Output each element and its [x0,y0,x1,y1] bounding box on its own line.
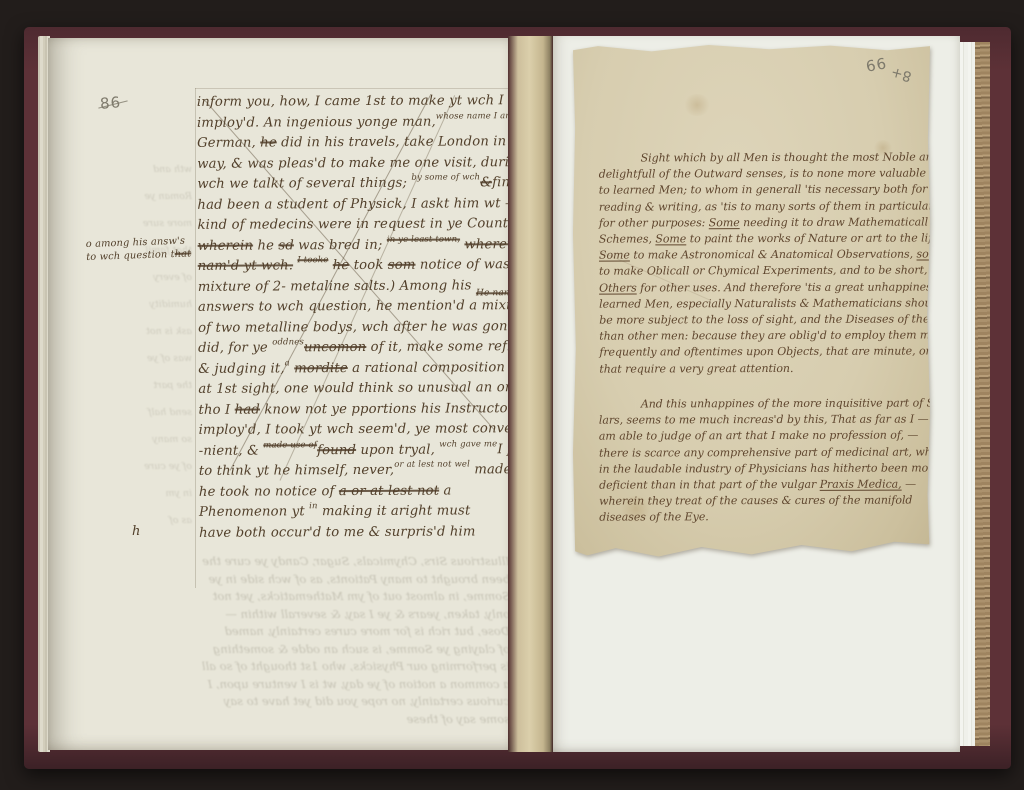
handwritten-line: have both occur'd to me & surpris'd him [199,522,508,544]
margin-letter: h [132,524,141,539]
showthrough-line: in ym [88,480,192,507]
text-segment: in the laudable industry of Physicians h… [599,461,940,475]
margin-annotation: o among his answ'sto wch question that [86,234,205,264]
handwritten-line: to learned Men; to whom in generall 'tis… [599,182,959,199]
showthrough-line: was of ye [88,345,192,372]
handwritten-line: And this unhappines of the more inquisit… [599,395,958,412]
handwritten-line: in the laudable industry of Physicians h… [599,460,958,477]
showthrough-line: curious certainly, no rope you did yet h… [98,693,508,711]
text-segment: he [253,238,278,253]
text-segment: finding yt he — [492,175,508,191]
handwritten-line: diseases of the Eye. [599,509,958,526]
text-segment: upon tryal, [356,442,439,457]
text-segment: a [439,483,451,498]
deleted-text: uncomon [304,340,366,355]
text-segment: that require a very great attention. [599,362,793,376]
text-segment: have both occur'd to me & surpris'd him [199,524,475,540]
right-page-edge-white [960,42,975,746]
text-segment: did in his travels, take London in his [277,134,508,150]
text-segment: of it, make some reflexion on [366,339,508,355]
showthrough-line: so many [88,426,192,453]
text-segment: German, [197,136,260,151]
text-segment: answers to wch question, he mention'd a … [198,298,508,315]
paper-stain [683,94,711,116]
underlined-text: Others [599,281,637,294]
text-segment: delightfull of the Outward senses, is to… [599,167,955,181]
text-segment: made it, since [470,462,508,478]
handwritten-line: did, for ye oddnesuncomon of it, make so… [198,337,508,359]
text-segment: a rational composition yn [348,360,508,376]
manuscript-photo: 86 wth andRoman yemore surethat familof … [0,0,1024,790]
handwritten-line: Sight which by all Men is thought the mo… [599,149,959,166]
text-segment: imploy'd, I took yt wch seem'd, ye most … [199,421,508,438]
handwritten-line: wherein they treat of the causes & cures… [599,493,958,510]
text-segment: to think yt he himself, never, [199,463,395,479]
deleted-text: whereupon he — [464,236,508,252]
handwritten-line: there is scarce any comprehensive part o… [599,444,958,461]
deleted-text: a or at lest not [339,483,439,499]
text-segment: had been a student of Physick, I askt hi… [197,196,508,213]
handwritten-line: Others for other uses. And therefore 'ti… [599,279,959,296]
handwritten-line: nam'd yt wch. I tooke he took som notice… [198,255,508,277]
text-segment: And this unhappines of the more inquisit… [641,396,958,410]
deleted-text: nam'd yt wch. [198,258,293,273]
text-segment: to paint the works of Nature or art to t… [686,231,942,245]
text-segment: Sight which by all Men is thought the mo… [641,150,940,164]
deleted-text: wherein [198,238,254,253]
showthrough-bottom-block: Illustrious Sirs, Chymicals, Sugar, Cand… [98,553,508,728]
handwritten-line: delightfull of the Outward senses, is to… [599,166,959,183]
right-page: 66 8+ Sight which by all Men is thought … [553,36,960,752]
text-segment: -nient, & [199,443,264,458]
text-segment: to wch question t [86,249,175,263]
text-segment: was bred in; [294,237,387,252]
text-segment: for other purposes: [599,216,709,229]
showthrough-line: humidity [88,291,192,318]
handwritten-line: am able to judge of an art that I make n… [599,428,958,445]
text-segment: & judging it, [198,361,284,376]
text-segment: learned Men, especially Naturalists & Ma… [599,296,942,310]
text-segment: lars, seems to me much increas'd by this… [599,413,929,427]
handwritten-line: reading & writing, as 'tis to many sorts… [599,198,959,215]
handwritten-line: kind of medecins were in request in ye C… [197,214,508,236]
showthrough-line: wth and [88,156,192,183]
text-segment: mixture of 2- metaline salts.) Among his [198,278,476,294]
text-segment: needing it to draw Mathematicall — [740,215,943,229]
underlined-text: some [917,248,946,261]
handwritten-line: tho I had know not ye pportions his Inst… [198,399,508,421]
right-page-edges-marbled [975,42,990,746]
handwritten-line: that require a very great attention. [599,360,959,377]
text-segment: notice of was a [415,257,508,273]
showthrough-line: Dose, but rich is for more cures certain… [98,623,508,641]
showthrough-line: been brought to many Pationts, as of wch… [98,571,508,589]
handwritten-line: wch we talkt of several things; by some … [197,173,508,195]
mounted-leaf-paper: 66 8+ Sight which by all Men is thought … [573,44,930,568]
text-segment: reading & writing, as 'tis to many sorts… [599,199,934,213]
text-segment: imploy'd. An ingenious yonge man, [197,114,436,130]
deleted-text: mordite [294,361,348,376]
deleted-text: he [260,135,277,150]
deleted-text: sd [278,238,294,253]
text-segment: inform you, how, I came 1st to make yt w… [197,93,504,110]
showthrough-line: the part [88,372,192,399]
text-segment: Schemes, [599,232,655,245]
showthrough-line: of ye cure [88,453,192,480]
showthrough-line: a common a notion of ye day, wt is I ven… [98,676,508,694]
text-segment: Phenomenon yt [199,504,309,520]
handwritten-line: frequently and oftentimes upon Objects, … [599,344,959,361]
handwritten-line: he took no notice of a or at lest not a [199,481,508,503]
text-segment: frequently and oftentimes upon Objects, … [599,345,945,359]
showthrough-line: send half [88,399,192,426]
deleted-text: & [480,175,492,190]
book-gutter [508,36,553,752]
showthrough-line: is performing our Physicks, who 1st thou… [98,658,508,676]
mounted-leaf: 66 8+ Sight which by all Men is thought … [573,44,930,568]
text-segment: — [902,478,916,491]
handwritten-line: Schemes, Some to paint the works of Natu… [599,230,959,247]
handwritten-line: deficient than in that part of the vulga… [599,476,958,493]
inserted-text: whose name I am sorry I cañot &c [436,115,508,116]
handwritten-line: Some to make Astronomical & Anatomical O… [599,247,959,264]
showthrough-line: more sure [88,210,192,237]
showthrough-line: Roman ye [88,183,192,210]
handwritten-line: than other men: because they are oblig'd… [599,328,959,345]
showthrough-line: Somme, in almost out of ym Mathematicks,… [98,588,508,606]
deleted-text: found [317,443,356,458]
text-segment: to make Astronomical & Anatomical Observ… [630,248,917,262]
deleted-text: som [388,258,416,273]
showthrough-margin-column: wth andRoman yemore surethat familof eve… [88,156,192,534]
handwritten-line: Phenomenon yt in making it aright must [199,501,508,523]
text-segment: than other men: because they are oblig'd… [599,329,948,343]
deleted-text: hat [175,248,192,260]
right-pencil-inverted-number: 8+ [889,64,913,85]
showthrough-line: of claying ye Somme, is such an odde & s… [98,641,508,659]
text-segment: wherein they treat of the causes & cures… [599,494,912,508]
showthrough-line: Illustrious Sirs, Chymicals, Sugar, Cand… [98,553,508,571]
handwritten-line: mixture of 2- metaline salts.) Among his… [198,276,508,298]
handwritten-line: had been a student of Physick, I askt hi… [197,194,508,216]
text-segment: of two metalline bodys, wch after he was… [198,319,508,336]
showthrough-line: ask is not [88,318,192,345]
handwritten-line: lars, seems to me much increas'd by this… [599,412,958,429]
handwritten-line: answers to wch question, he mention'd a … [198,296,508,318]
text-segment: he took no notice of [199,484,339,500]
handwritten-line: to make Oblicall or Chymical Experiments… [599,263,959,280]
handwritten-line: imploy'd. An ingenious yonge man,whose n… [197,112,508,134]
handwritten-line: learned Men, especially Naturalists & Ma… [599,295,959,312]
showthrough-line: of every [88,264,192,291]
text-segment: I found cause [497,441,508,456]
underlined-text: Some [599,249,630,262]
deleted-text: had [235,402,260,417]
showthrough-line: some say of these [98,711,508,729]
text-segment: there is scarce any comprehensive part o… [599,445,947,459]
handwritten-line: & judging it,a mordite a rational compos… [198,358,508,380]
underlined-text: Some [709,216,740,229]
fair-copy-paragraph-1: Sight which by all Men is thought the mo… [599,149,960,377]
text-segment: be more subject to the loss of sight, an… [599,312,959,326]
text-segment: for other uses. And therefore 'tis a gre… [637,280,958,294]
handwritten-line: be more subject to the loss of sight, an… [599,311,959,328]
underlined-text: Some [655,232,686,245]
text-segment: way, & was pleas'd to make me one visit,… [197,155,508,172]
text-segment: did, for ye [198,340,272,355]
underlined-text: Praxis Medica, [820,478,902,491]
fair-copy-paragraph-2: And this unhappines of the more inquisit… [599,395,958,526]
handwritten-line: for other purposes: Some needing it to d… [599,214,959,231]
leaf-crease-horizontal [195,88,508,89]
text-segment: tho I [198,402,234,417]
text-segment: deficient than in that part of the vulga… [599,478,820,492]
right-pencil-folio-number: 66 [865,54,889,75]
text-segment: to learned Men; to whom in generall 'tis… [599,183,942,197]
text-segment: making it aright must [318,503,471,519]
handwritten-line: to think yt he himself, never,or at lest… [199,460,508,482]
leaf-crease-vertical [195,88,196,588]
text-segment: kind of medecins were in request in ye C… [197,216,508,233]
showthrough-line: only, taken, years & ye I say, & several… [98,606,508,624]
text-segment: am able to judge of an art that I make n… [599,429,918,443]
left-page: 86 wth andRoman yemore surethat familof … [48,38,508,750]
text-segment: to make Oblicall or Chymical Experiments… [599,264,927,278]
text-segment: diseases of the Eye. [599,511,709,524]
handwritten-line: at 1st sight, one would think so unusual… [198,378,508,400]
